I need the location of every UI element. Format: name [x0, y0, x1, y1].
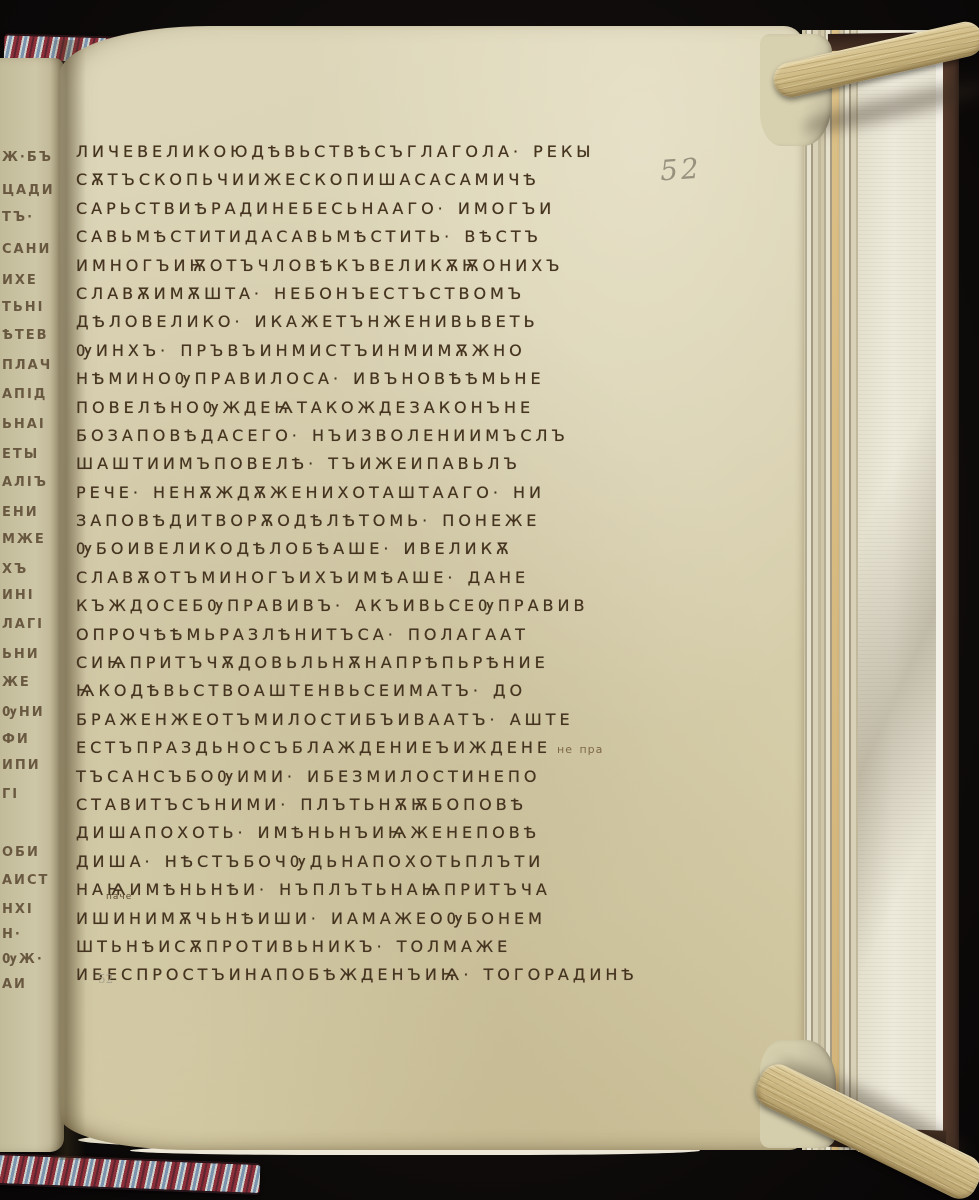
- text-line: РЕЧЕ· НЕНѪЖДѪЖЕНИХОТАШТААГО· НИ: [76, 479, 676, 507]
- text-line: ѨКОДѢВЬСТВОАШТЕНВЬСЕИМАТЪ· ДО: [76, 677, 676, 705]
- text-line: ДИШАПОХОТЬ· ИМѢНЬНЪИѨЖЕНЕПОВѢ: [76, 819, 676, 847]
- text-line: ШТЬНѢИСѪПРОТИВЬНИКЪ· ТОЛМАЖЕ: [76, 933, 676, 961]
- facing-page-fragment: ПЛАЧ: [2, 358, 58, 373]
- text-line: СЛАВѪОТЪМИНОГЪИХЪИМѢАШЕ· ДАНЕ: [76, 564, 676, 592]
- facing-page-fragment: АИСТ: [2, 873, 58, 888]
- text-line: ЗАПОВѢДИТВОРѪОДѢЛѢТОМЬ· ПОНЕЖЕ: [76, 507, 676, 535]
- marginal-note: не пра: [557, 743, 603, 756]
- text-line: ЕСТЪПРАЗДЬНОСЪБЛАЖДЕНИЕЪИЖДЕНЕне пра: [76, 734, 676, 762]
- interlinear-note: паче: [106, 892, 132, 902]
- facing-page-fragment: Н·: [2, 927, 58, 942]
- facing-page-fragment: ЬНИ: [2, 647, 58, 662]
- facing-page-fragment: ѸНИ: [2, 705, 58, 720]
- text-line: САРЬСТВИѢРАДИНЕБЕСЬНААГО· ИМОГЪИ: [76, 195, 676, 223]
- facing-page-fragment: ОБИ: [2, 845, 58, 860]
- facing-page-fragment: ХЪ: [2, 562, 58, 577]
- text-line: НѢМИНОѸПРАВИЛОСА· ИВЪНОВѢѢМЬНЕ: [76, 365, 676, 393]
- facing-page-fragment: МЖЕ: [2, 532, 58, 547]
- text-line: БРАЖЕНЖЕОТЪМИЛОСТИБЪИВААТЪ· АШТЕ: [76, 706, 676, 734]
- white-page-edge: [936, 40, 943, 1156]
- text-line: СЛАВѪИМѪШТА· НЕБОНЪЕСТЪСТВОМЪ: [76, 280, 676, 308]
- facing-page-fragment: ЛАГІ: [2, 617, 58, 632]
- text-line: ДИША· НѢСТЪБОЧѸДЬНАПОХОТЬПЛЪТИ: [76, 848, 676, 876]
- facing-page-fragment: АЛІЪ: [2, 475, 58, 490]
- text-line: ИБЕСПРОСТЪИНАПОБѢЖДЕНЪИѨ· ТОГОРАДИНѢ: [76, 961, 676, 989]
- fore-edge-tan-leaf: [832, 30, 839, 1150]
- facing-page-fragment: ИХЕ: [2, 273, 58, 288]
- text-line: ШАШТИИМЪПОВЕЛѢ· ТЪИЖЕИПАВЬЛЪ: [76, 450, 676, 478]
- facing-page-fragment: ЬНАІ: [2, 417, 58, 432]
- facing-page-fragment: ЕТЫ: [2, 447, 58, 462]
- text-line: НАѨИМѢНЬНѢИ· НЪПЛЪТЬНАѨПРИТЪЧА: [76, 876, 676, 904]
- text-line: САВЬМѢСТИТИДАСАВЬМѢСТИТЬ· ВѢСТЪ: [76, 223, 676, 251]
- manuscript-photo: Ж·БЪЦАДИТЪ·САНИИХЕТЬНІѢТЕВПЛАЧАПІДЬНАІЕТ…: [0, 0, 979, 1200]
- pencil-mark-bottom: 52: [98, 972, 113, 986]
- facing-page-fragment: ЕНИ: [2, 505, 58, 520]
- facing-page-fragment: АПІД: [2, 387, 58, 402]
- text-line: ЛИЧЕВЕЛИКОЮДѢВЬСТВѢСЪГЛАГОЛА· РЕКЫ: [76, 138, 676, 166]
- facing-page-fragment: ИНІ: [2, 588, 58, 603]
- text-line: ОПРОЧѢѢМЬРАЗЛѢНИТЪСА· ПОЛАГААТ: [76, 621, 676, 649]
- facing-page-fragment: Ж·БЪ: [2, 150, 58, 165]
- text-line: ИШИНИМѪЧЬНѢИШИ· ИАМАЖЕОѸБОНЕМ: [76, 905, 676, 933]
- facing-page-fragment: ѢТЕВ: [2, 328, 58, 343]
- fore-edge-page-stack: [802, 30, 860, 1150]
- facing-page-fragment: САНИ: [2, 242, 58, 257]
- facing-page-fragments: Ж·БЪЦАДИТЪ·САНИИХЕТЬНІѢТЕВПЛАЧАПІДЬНАІЕТ…: [0, 0, 64, 1200]
- text-line: БОЗАПОВѢДАСЕГО· НЪИЗВОЛЕНИИМЪСЛЪ: [76, 422, 676, 450]
- facing-page-fragment: ЦАДИ: [2, 183, 58, 198]
- facing-page-fragment: НХІ: [2, 902, 58, 917]
- facing-page-fragment: ТЬНІ: [2, 300, 58, 315]
- facing-page-fragment: ФИ: [2, 732, 58, 747]
- facing-page-fragment: ГІ: [2, 787, 58, 802]
- cover-board-right: [943, 44, 959, 1156]
- text-line: ДѢЛОВЕЛИКО· ИКАЖЕТЪНЖЕНИВЬВЕТЬ: [76, 308, 676, 336]
- folio-number-pencil: 52: [659, 152, 703, 188]
- text-line: СТАВИТЪСЪНИМИ· ПЛЪТЬНѪѬБОПОВѢ: [76, 791, 676, 819]
- facing-page-fragment: ТЪ·: [2, 210, 58, 225]
- text-line: СИѨПРИТЪЧѪДОВЬЛЬНѪНАПРѢПЬРѢНИЕ: [76, 649, 676, 677]
- text-line: КЪЖДОСЕБѸПРАВИВЪ· АКЪИВЬСЕѸПРАВИВ: [76, 592, 676, 620]
- text-block: ЛИЧЕВЕЛИКОЮДѢВЬСТВѢСЪГЛАГОЛА· РЕКЫСѪТЪСК…: [76, 138, 676, 990]
- facing-page-fragment: ѸЖ·: [2, 952, 58, 967]
- text-line: СѪТЪСКОПЬЧИИЖЕСКОПИШАСАСАМИЧѢ: [76, 166, 676, 194]
- text-line: ѸБОИВЕЛИКОДѢЛОБѢАШЕ· ИВЕЛИКѪ: [76, 535, 676, 563]
- text-line: ПОВЕЛѢНОѸЖДЕѨТАКОЖДЕЗАКОНЪНЕ: [76, 394, 676, 422]
- facing-page-fragment: АИ: [2, 977, 58, 992]
- flyleaf-block: [858, 30, 936, 1152]
- facing-page-fragment: ЖЕ: [2, 675, 58, 690]
- text-line: ѸИНХЪ· ПРЪВЪИНМИСТЪИНМИМѪЖНО: [76, 337, 676, 365]
- text-line: ИМНОГЪИѬОТЪЧЛОВѢКЪВЕЛИКѪѬОНИХЪ: [76, 252, 676, 280]
- text-line: ТЪСАНСЪБОѸИМИ· ИБЕЗМИЛОСТИНЕПО: [76, 763, 676, 791]
- facing-page-fragment: ИПИ: [2, 758, 58, 773]
